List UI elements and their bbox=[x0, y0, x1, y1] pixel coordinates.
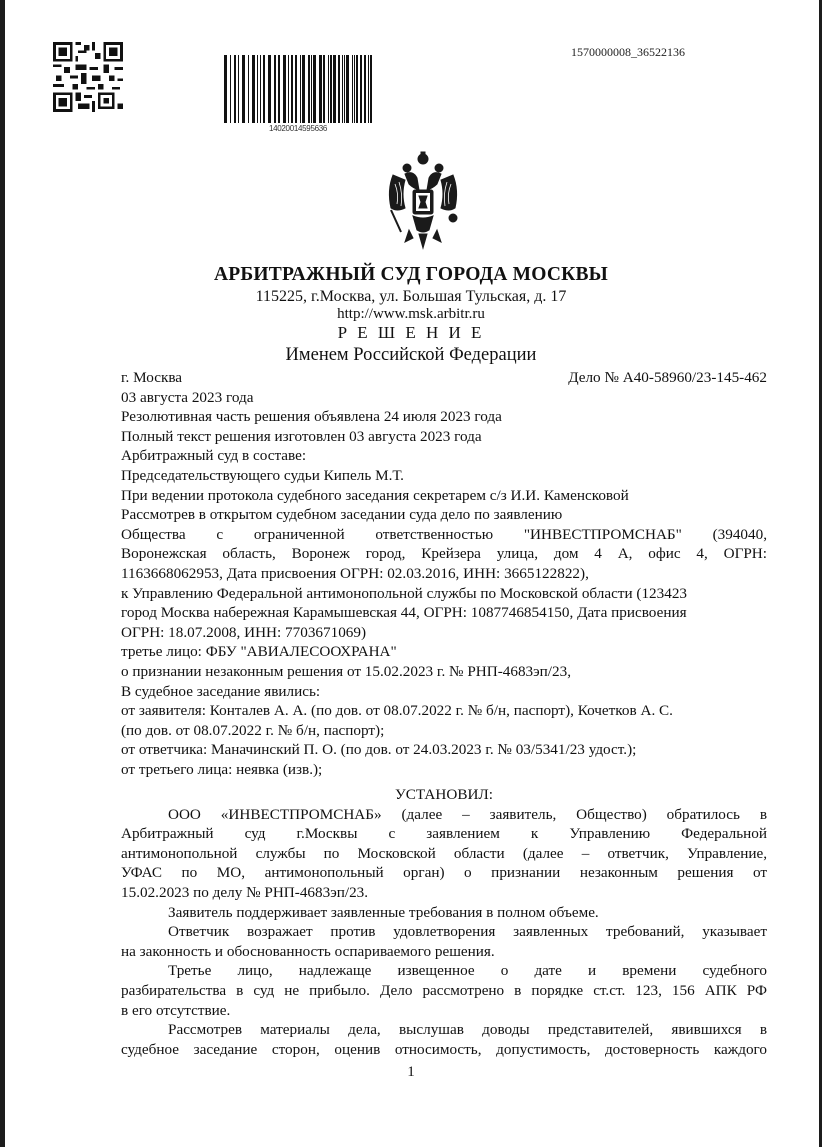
text-line: Ответчик возражает против удовлетворения… bbox=[121, 922, 767, 942]
text-line: ОГРН: 18.07.2008, ИНН: 7703671069) bbox=[121, 623, 767, 643]
text-line: к Управлению Федеральной антимонопольной… bbox=[121, 584, 767, 604]
text-line: Председательствующего судьи Кипель М.Т. bbox=[121, 466, 767, 486]
text-line: ООО «ИНВЕСТПРОМСНАБ» (далее – заявитель,… bbox=[121, 805, 767, 825]
text-line: от третьего лица: неявка (изв.); bbox=[121, 760, 767, 780]
city: г. Москва bbox=[121, 368, 182, 388]
text-line: Третье лицо, надлежаще извещенное о дате… bbox=[121, 961, 767, 981]
text-line: Резолютивная часть решения объявлена 24 … bbox=[121, 407, 767, 427]
text-line: Общества с ограниченной ответственностью… bbox=[121, 525, 767, 545]
paragraph: Рассмотрев материалы дела, выслушав дово… bbox=[121, 1020, 767, 1059]
court-name: АРБИТРАЖНЫЙ СУД ГОРОДА МОСКВЫ bbox=[0, 264, 822, 286]
text-line: 15.02.2023 по делу № РНП-4683эп/23. bbox=[121, 883, 767, 903]
text-line: разбирательства в суд не прибыло. Дело р… bbox=[121, 981, 767, 1001]
intro-section: Резолютивная часть решения объявлена 24 … bbox=[121, 407, 767, 525]
text-line: о признании незаконным решения от 15.02.… bbox=[121, 662, 767, 682]
text-line: УФАС по МО, антимонопольный орган) о при… bbox=[121, 863, 767, 883]
text-line: от ответчика: Маначинский П. О. (по дов.… bbox=[121, 740, 767, 760]
document-body: г. Москва Дело № А40-58960/23-145-462 03… bbox=[121, 368, 767, 779]
established-paragraphs: ООО «ИНВЕСТПРОМСНАБ» (далее – заявитель,… bbox=[121, 805, 767, 1060]
text-line: Арбитражный суд в составе: bbox=[121, 446, 767, 466]
city-case-row: г. Москва Дело № А40-58960/23-145-462 bbox=[121, 368, 767, 388]
text-line: антимонопольной службы по Московской обл… bbox=[121, 844, 767, 864]
text-line: Рассмотрев в открытом судебном заседании… bbox=[121, 505, 767, 525]
qr-code-icon bbox=[53, 42, 123, 112]
respondent-section: к Управлению Федеральной антимонопольной… bbox=[121, 584, 767, 643]
text-line: Полный текст решения изготовлен 03 авгус… bbox=[121, 427, 767, 447]
text-line: При ведении протокола судебного заседани… bbox=[121, 486, 767, 506]
text-line: Воронежская область, Воронеж город, Крей… bbox=[121, 544, 767, 564]
court-address: 115225, г.Москва, ул. Большая Тульская, … bbox=[0, 288, 822, 306]
paragraph: ООО «ИНВЕСТПРОМСНАБ» (далее – заявитель,… bbox=[121, 805, 767, 903]
text-line: (по дов. от 08.07.2022 г. № б/н, паспорт… bbox=[121, 721, 767, 741]
coat-of-arms-icon bbox=[383, 150, 463, 250]
text-line: третье лицо: ФБУ "АВИАЛЕСООХРАНА" bbox=[121, 642, 767, 662]
case-number: Дело № А40-58960/23-145-462 bbox=[568, 368, 767, 388]
text-line: в его отсутствие. bbox=[121, 1001, 767, 1021]
barcode-icon bbox=[222, 55, 374, 123]
text-line: В судебное заседание явились: bbox=[121, 682, 767, 702]
text-line: город Москва набережная Карамышевская 44… bbox=[121, 603, 767, 623]
third-party-section: третье лицо: ФБУ "АВИАЛЕСООХРАНА"о призн… bbox=[121, 642, 767, 701]
text-line: Рассмотрев материалы дела, выслушав дово… bbox=[121, 1020, 767, 1040]
paragraph: Третье лицо, надлежаще извещенное о дате… bbox=[121, 961, 767, 1020]
court-url: http://www.msk.arbitr.ru bbox=[0, 306, 822, 323]
decision-date: 03 августа 2023 года bbox=[121, 388, 767, 408]
document-id: 1570000008_36522136 bbox=[571, 45, 685, 60]
text-line: 1163668062953, Дата присвоения ОГРН: 02.… bbox=[121, 564, 767, 584]
text-line: Заявитель поддерживает заявленные требов… bbox=[121, 903, 767, 923]
applicant-section: Общества с ограниченной ответственностью… bbox=[121, 525, 767, 584]
section-title-established: УСТАНОВИЛ: bbox=[121, 785, 767, 805]
document-subtitle: Именем Российской Федерации bbox=[0, 345, 822, 366]
text-line: судебное заседание сторон, оценив относи… bbox=[121, 1040, 767, 1060]
text-line: от заявителя: Конталев А. А. (по дов. от… bbox=[121, 701, 767, 721]
attendance-section: от заявителя: Конталев А. А. (по дов. от… bbox=[121, 701, 767, 779]
text-line: Арбитражный суд г.Москвы с заявлением к … bbox=[121, 824, 767, 844]
document-type: Р Е Ш Е Н И Е bbox=[0, 323, 822, 343]
paragraph: Ответчик возражает против удовлетворения… bbox=[121, 922, 767, 961]
paragraph: Заявитель поддерживает заявленные требов… bbox=[121, 903, 767, 923]
text-line: на законность и обоснованность оспаривае… bbox=[121, 942, 767, 962]
page-number: 1 bbox=[0, 1064, 822, 1081]
barcode-number: 14020014595636 bbox=[222, 124, 374, 133]
established-section: УСТАНОВИЛ: ООО «ИНВЕСТПРОМСНАБ» (далее –… bbox=[121, 785, 767, 1059]
